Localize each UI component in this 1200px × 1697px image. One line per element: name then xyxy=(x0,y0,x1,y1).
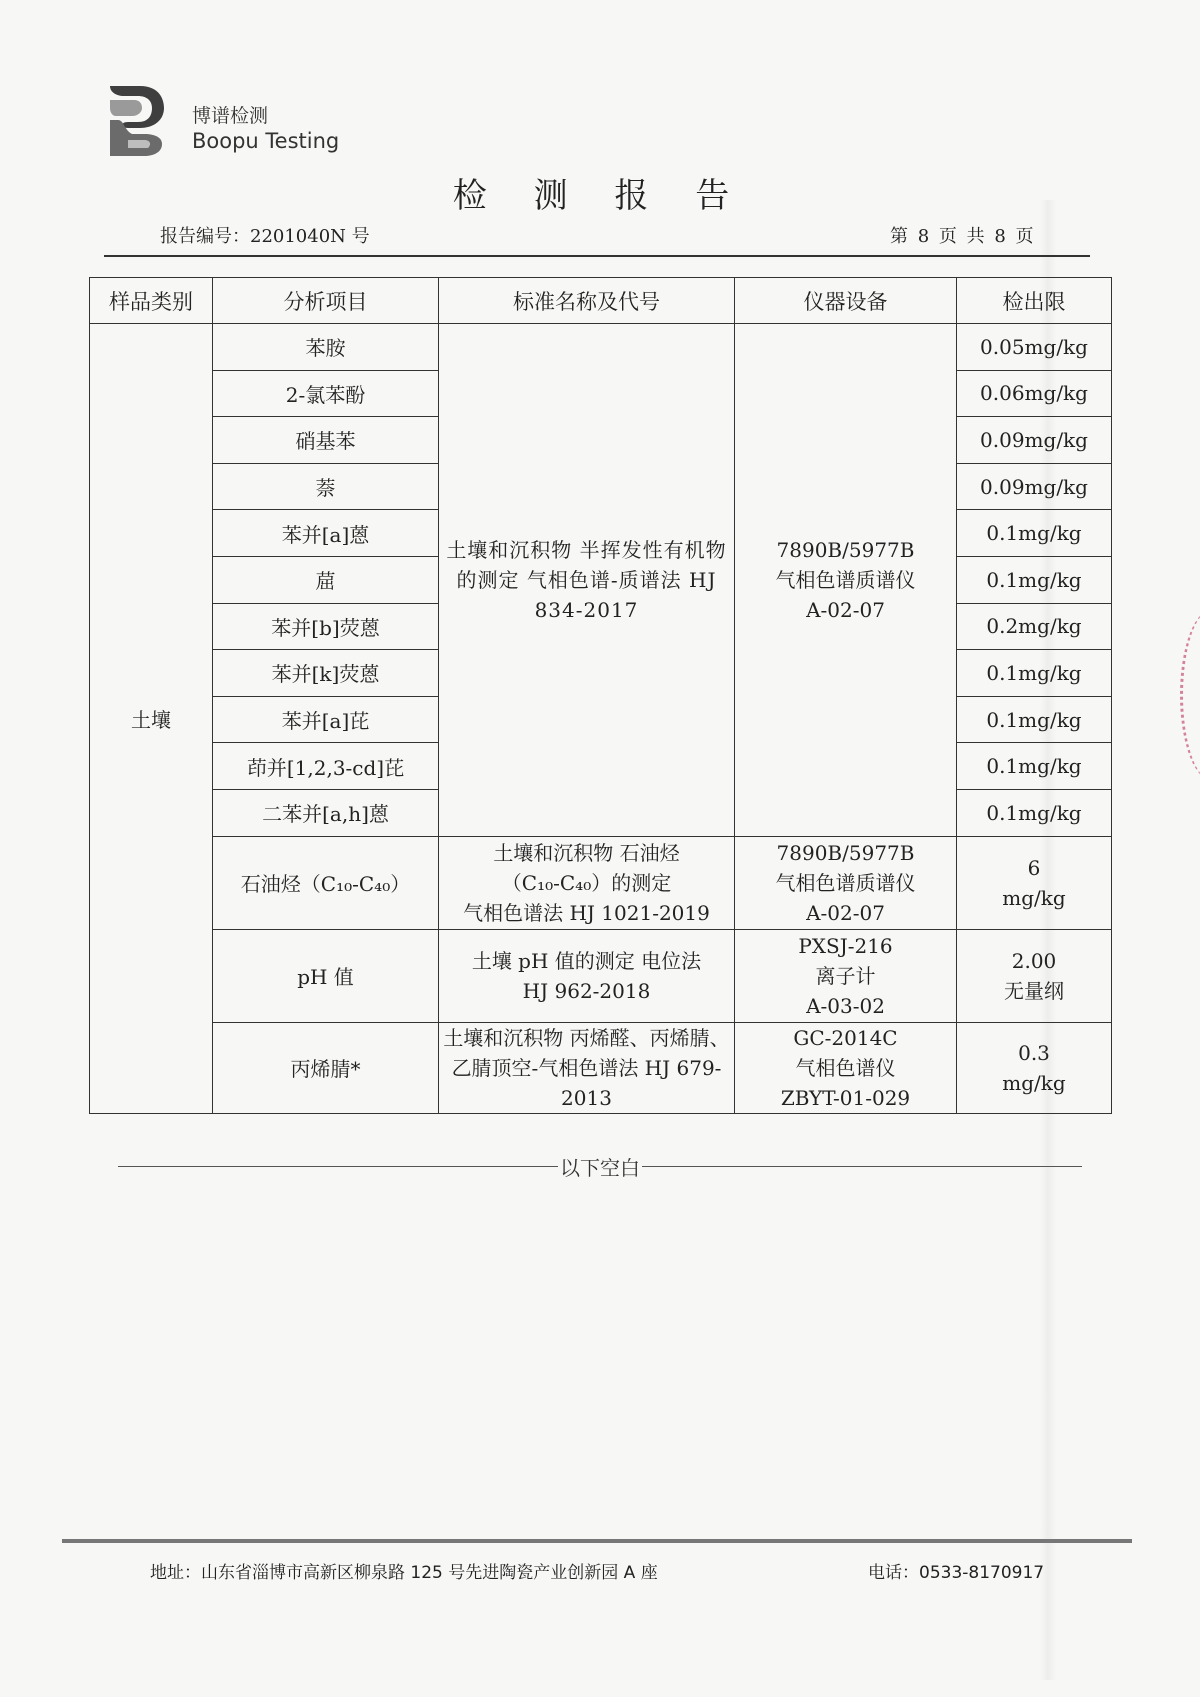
detection-limit: 6 mg/kg xyxy=(957,836,1112,929)
red-seal-stamp xyxy=(1180,610,1200,780)
footer-phone: 电话：0533-8170917 xyxy=(868,1558,1044,1583)
table-header-row: 样品类别 分析项目 标准名称及代号 仪器设备 检出限 xyxy=(90,278,1112,324)
brand-name-cn: 博谱检测 xyxy=(192,104,339,128)
column-header: 仪器设备 xyxy=(735,278,957,324)
analysis-item: 䓛 xyxy=(213,556,439,603)
analysis-item: 硝基苯 xyxy=(213,417,439,464)
column-header: 样品类别 xyxy=(90,278,213,324)
analysis-item: 茚并[1,2,3-cd]芘 xyxy=(213,743,439,790)
column-header: 标准名称及代号 xyxy=(439,278,735,324)
analysis-item: 苯并[b]荧蒽 xyxy=(213,603,439,650)
instrument-cell: PXSJ-216 离子计 A-03-02 xyxy=(735,929,957,1022)
header-divider xyxy=(104,255,1090,257)
analysis-item: 苯并[k]荧蒽 xyxy=(213,650,439,697)
sample-category-cell: 土壤 xyxy=(90,324,213,1114)
detection-limit: 0.1mg/kg xyxy=(957,510,1112,557)
blank-below-text: 以下空白 xyxy=(558,1152,642,1181)
detection-limit: 0.1mg/kg xyxy=(957,556,1112,603)
detection-limit: 0.2mg/kg xyxy=(957,603,1112,650)
detection-limit: 0.05mg/kg xyxy=(957,324,1112,371)
analysis-item: 苯并[a]芘 xyxy=(213,696,439,743)
detection-limit: 0.1mg/kg xyxy=(957,743,1112,790)
instrument-cell: 7890B/5977B 气相色谱质谱仪 A-02-07 xyxy=(735,324,957,837)
standard-cell: 土壤和沉积物 石油烃 （C₁₀-C₄₀）的测定 气相色谱法 HJ 1021-20… xyxy=(439,836,735,929)
analysis-item: pH 值 xyxy=(213,929,439,1022)
standard-cell: 土壤 pH 值的测定 电位法 HJ 962-2018 xyxy=(439,929,735,1022)
detection-limit: 0.1mg/kg xyxy=(957,696,1112,743)
detection-limit: 0.09mg/kg xyxy=(957,417,1112,464)
instrument-cell: GC-2014C 气相色谱仪 ZBYT-01-029 xyxy=(735,1022,957,1113)
brand-name-en: Boopu Testing xyxy=(192,128,339,154)
table-row: 土壤 苯胺 土壤和沉积物 半挥发性有机物的测定 气相色谱-质谱法 HJ 834-… xyxy=(90,324,1112,371)
analysis-item: 丙烯腈* xyxy=(213,1022,439,1113)
dash-line xyxy=(118,1166,558,1167)
analysis-item: 萘 xyxy=(213,463,439,510)
analysis-item: 2-氯苯酚 xyxy=(213,370,439,417)
analysis-item: 苯并[a]蒽 xyxy=(213,510,439,557)
table-row: 丙烯腈* 土壤和沉积物 丙烯醛、丙烯腈、乙腈顶空-气相色谱法 HJ 679-20… xyxy=(90,1022,1112,1113)
column-header: 分析项目 xyxy=(213,278,439,324)
instrument-cell: 7890B/5977B 气相色谱质谱仪 A-02-07 xyxy=(735,836,957,929)
detection-limit: 0.3 mg/kg xyxy=(957,1022,1112,1113)
detection-limit: 0.09mg/kg xyxy=(957,463,1112,510)
detection-limit: 0.1mg/kg xyxy=(957,789,1112,836)
blank-below-marker: 以下空白 xyxy=(118,1152,1082,1181)
report-number: 报告编号：2201040N 号 xyxy=(160,222,370,248)
detection-limit: 0.1mg/kg xyxy=(957,650,1112,697)
table-row: pH 值 土壤 pH 值的测定 电位法 HJ 962-2018 PXSJ-216… xyxy=(90,929,1112,1022)
detection-limit: 0.06mg/kg xyxy=(957,370,1112,417)
analysis-item: 二苯并[a,h]蒽 xyxy=(213,789,439,836)
test-methods-table: 样品类别 分析项目 标准名称及代号 仪器设备 检出限 土壤 苯胺 土壤和沉积物 … xyxy=(89,277,1112,1114)
analysis-item: 石油烃（C₁₀-C₄₀） xyxy=(213,836,439,929)
standard-cell: 土壤和沉积物 丙烯醛、丙烯腈、乙腈顶空-气相色谱法 HJ 679-2013 xyxy=(439,1022,735,1113)
analysis-item: 苯胺 xyxy=(213,324,439,371)
boopu-logo-icon xyxy=(104,82,166,158)
standard-cell: 土壤和沉积物 半挥发性有机物的测定 气相色谱-质谱法 HJ 834-2017 xyxy=(439,324,735,837)
page-indicator: 第 8 页 共 8 页 xyxy=(890,222,1034,248)
report-title: 检 测 报 告 xyxy=(0,168,1200,217)
column-header: 检出限 xyxy=(957,278,1112,324)
brand: 博谱检测 Boopu Testing xyxy=(192,104,339,154)
dash-line xyxy=(642,1166,1082,1167)
table-row: 石油烃（C₁₀-C₄₀） 土壤和沉积物 石油烃 （C₁₀-C₄₀）的测定 气相色… xyxy=(90,836,1112,929)
footer-address: 地址：山东省淄博市高新区柳泉路 125 号先进陶瓷产业创新园 A 座 xyxy=(150,1558,658,1583)
detection-limit: 2.00 无量纲 xyxy=(957,929,1112,1022)
footer-divider xyxy=(62,1539,1132,1543)
